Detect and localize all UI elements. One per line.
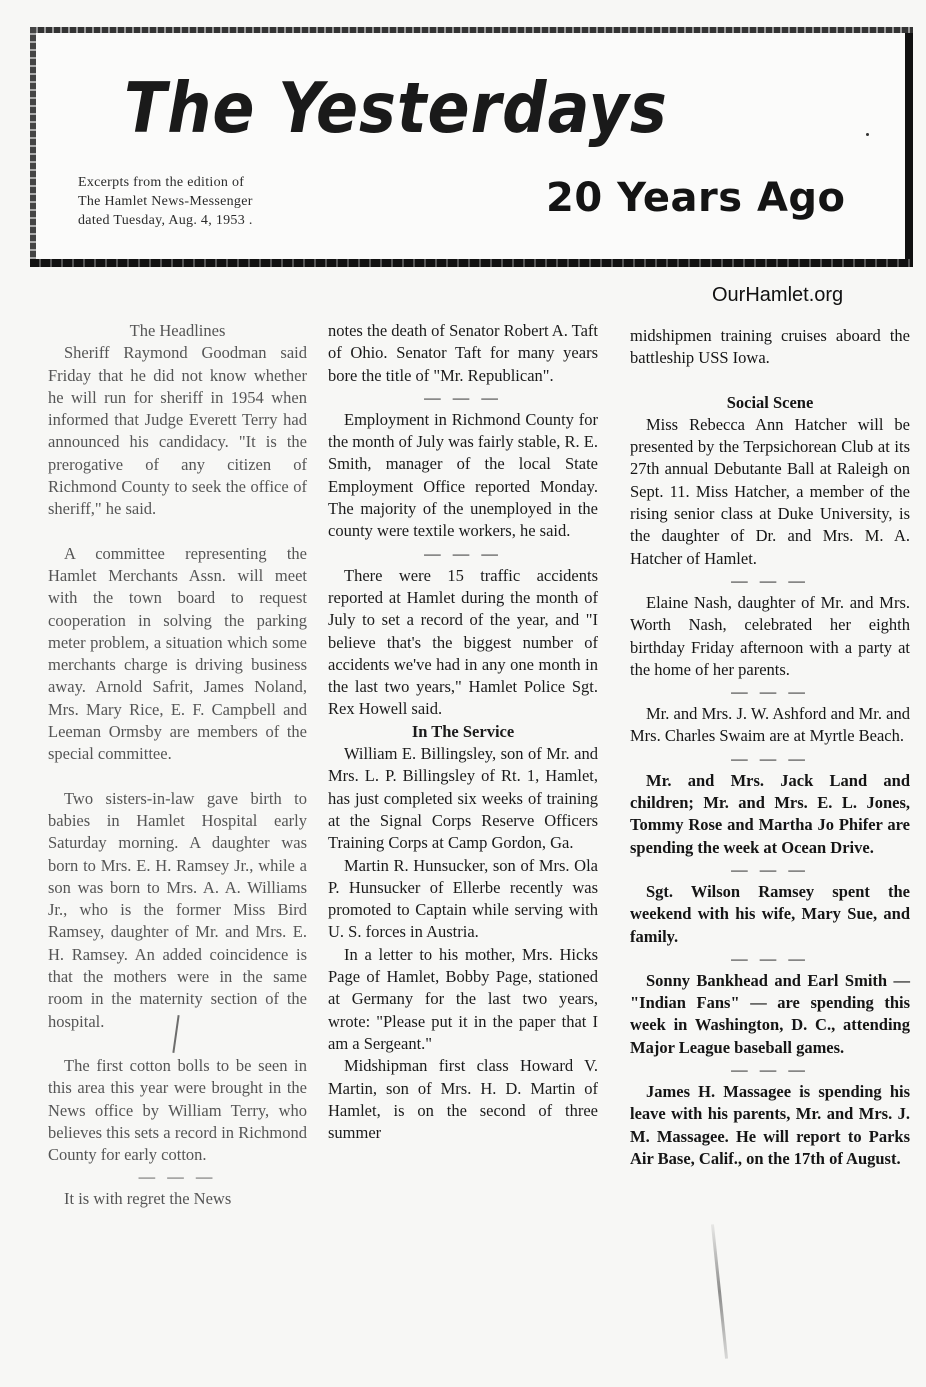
column-headlines: The Headlines Sheriff Raymond Goodman sa…: [48, 320, 307, 1211]
section-subtitle: 20 Years Ago: [546, 175, 846, 221]
watermark: OurHamlet.org: [712, 284, 843, 307]
column-news: notes the death of Senator Robert A. Taf…: [328, 320, 598, 1144]
article-paragraph: Elaine Nash, daughter of Mr. and Mrs. Wo…: [630, 592, 910, 681]
separator: — — —: [328, 387, 598, 409]
article-paragraph: The first cotton bolls to be seen in thi…: [48, 1055, 307, 1166]
section-heading: Social Scene: [630, 392, 910, 414]
separator: — — —: [630, 859, 910, 881]
article-paragraph: A committee representing the Hamlet Merc…: [48, 543, 307, 766]
separator: — — —: [630, 948, 910, 970]
border-top: [30, 27, 913, 33]
article-paragraph: Midshipman first class Howard V. Martin,…: [328, 1055, 598, 1144]
article-paragraph: William E. Billingsley, son of Mr. and M…: [328, 743, 598, 854]
separator: — — —: [48, 1166, 307, 1188]
article-paragraph: In a letter to his mother, Mrs. Hicks Pa…: [328, 944, 598, 1055]
article-paragraph: James H. Massagee is spending his leave …: [630, 1081, 910, 1170]
edition-line: dated Tuesday, Aug. 4, 1953 .: [78, 211, 253, 230]
article-paragraph: notes the death of Senator Robert A. Taf…: [328, 320, 598, 387]
border-left: [30, 27, 36, 267]
article-paragraph: Miss Rebecca Ann Hatcher will be present…: [630, 414, 910, 570]
separator: — — —: [630, 748, 910, 770]
article-paragraph: It is with regret the News: [48, 1188, 307, 1210]
article-paragraph: Sheriff Raymond Goodman said Friday that…: [48, 342, 307, 520]
article-paragraph: Two sisters-in-law gave birth to babies …: [48, 788, 307, 1033]
print-crease: [711, 1224, 728, 1359]
article-paragraph: Mr. and Mrs. Jack Land and children; Mr.…: [630, 770, 910, 859]
speck: [866, 133, 869, 136]
edition-note: Excerpts from the edition of The Hamlet …: [78, 173, 253, 230]
masthead-box: The Yesterdays Excerpts from the edition…: [30, 27, 913, 267]
separator: — — —: [328, 543, 598, 565]
article-paragraph: Martin R. Hunsucker, son of Mrs. Ola P. …: [328, 855, 598, 944]
separator: — — —: [630, 681, 910, 703]
separator: — — —: [630, 1059, 910, 1081]
section-heading: In The Service: [328, 721, 598, 743]
column-social: midshipmen training cruises aboard the b…: [630, 325, 910, 1170]
page-title: The Yesterdays: [124, 67, 668, 149]
edition-line: The Hamlet News-Messenger: [78, 192, 253, 211]
article-paragraph: Employment in Richmond County for the mo…: [328, 409, 598, 543]
article-paragraph: Sonny Bankhead and Earl Smith — "Indian …: [630, 970, 910, 1059]
article-paragraph: There were 15 traffic accidents reported…: [328, 565, 598, 721]
separator: — — —: [630, 570, 910, 592]
section-heading: The Headlines: [48, 320, 307, 342]
article-paragraph: Mr. and Mrs. J. W. Ashford and Mr. and M…: [630, 703, 910, 748]
article-paragraph: Sgt. Wilson Ramsey spent the weekend wit…: [630, 881, 910, 948]
article-paragraph: midshipmen training cruises aboard the b…: [630, 325, 910, 370]
border-bottom: [30, 259, 913, 267]
edition-line: Excerpts from the edition of: [78, 173, 253, 192]
